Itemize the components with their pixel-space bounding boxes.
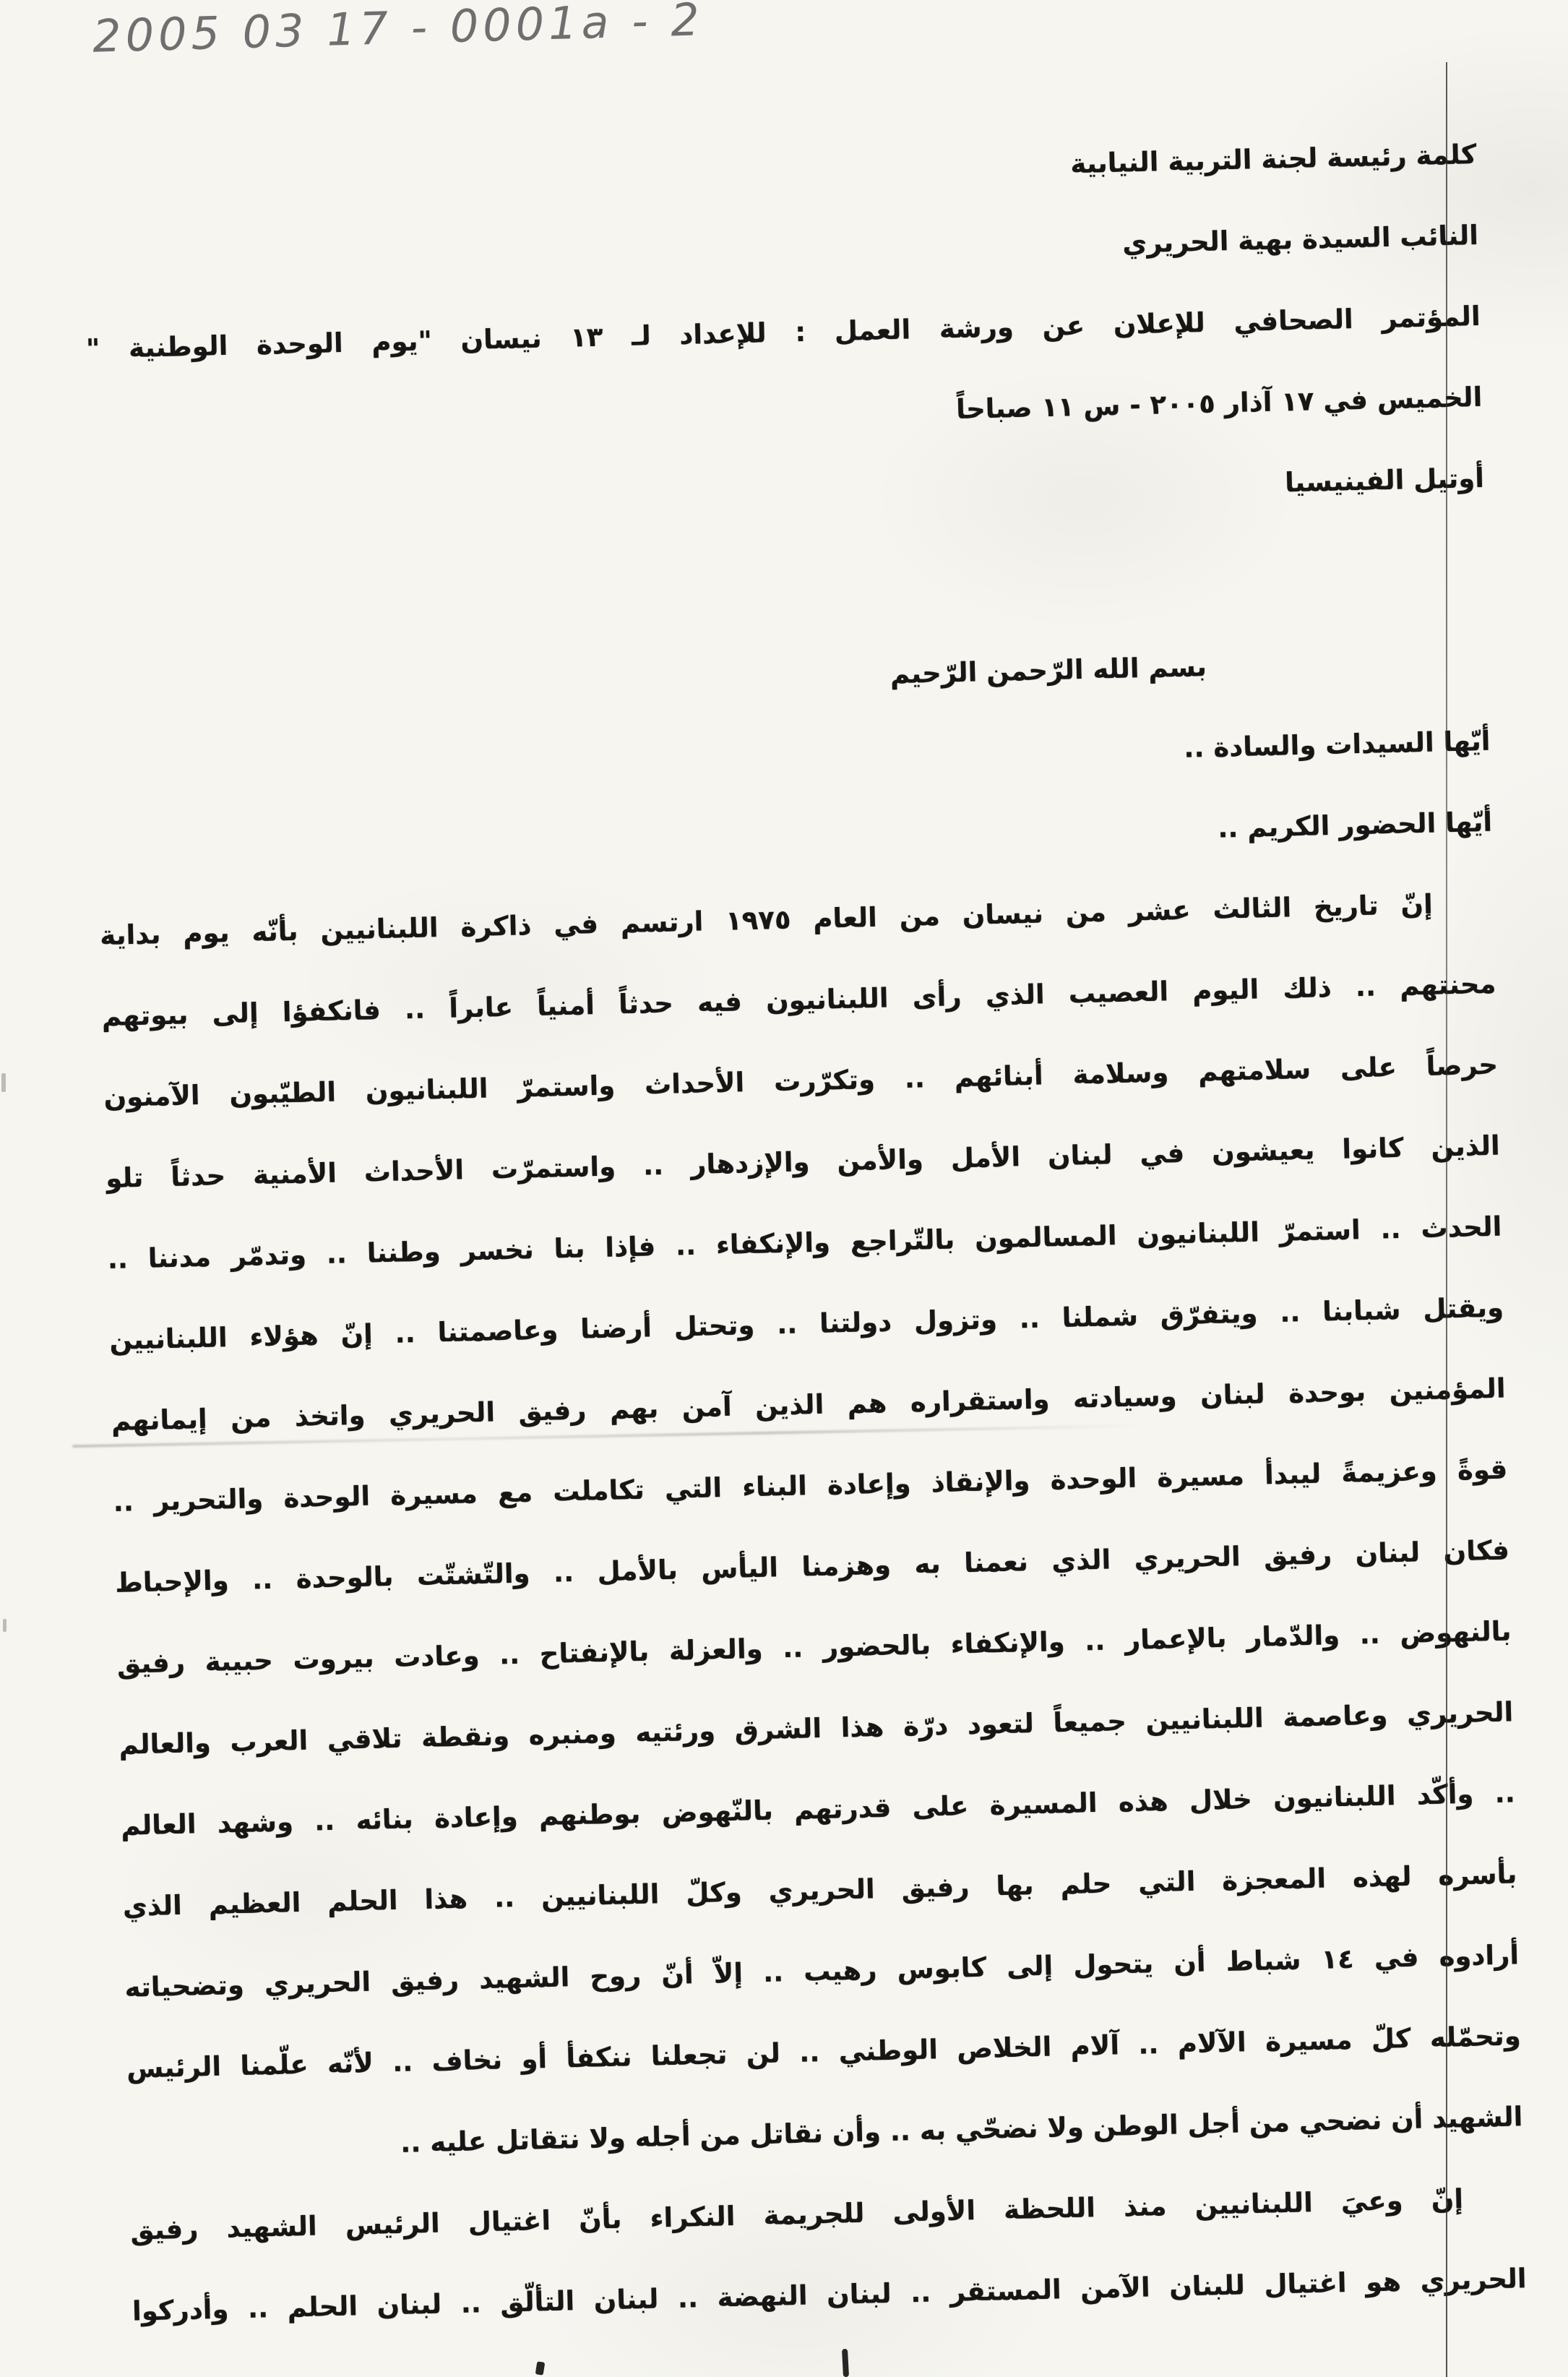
scan-speck [1, 1073, 6, 1092]
handwritten-archive-number: 2005 03 17 - 0001a - 2 [92, 0, 705, 63]
document-text-block: كلمة رئيسة لجنة التربية النيابية النائب … [82, 114, 1528, 2352]
scan-speck [3, 1619, 7, 1632]
cutoff-letter-mark [842, 2349, 849, 2377]
vertical-fold-line [1446, 62, 1447, 2377]
scanned-document: 2005 03 17 - 0001a - 2 كلمة رئيسة لجنة ا… [0, 0, 1568, 2377]
cutoff-letter-mark [535, 2361, 546, 2375]
